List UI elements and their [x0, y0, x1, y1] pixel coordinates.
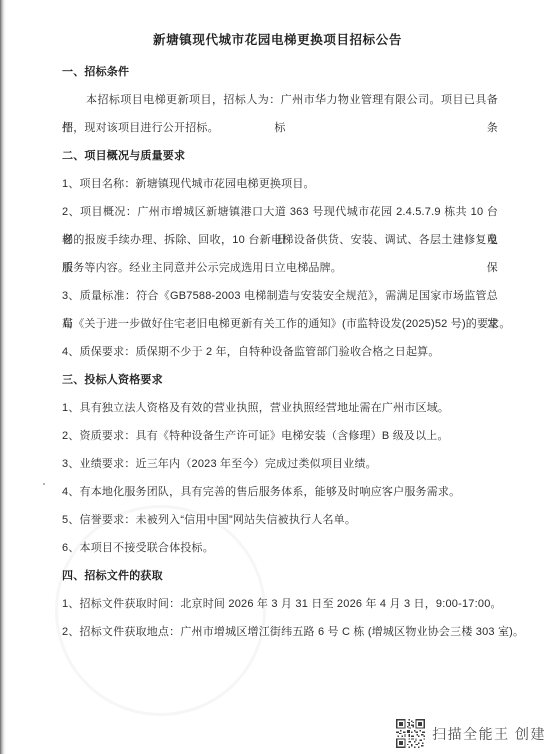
text-line: 本招标项目电梯更新项目，招标人为：广州市华力物业管理有限公司。项目已具备招标条: [62, 86, 498, 114]
text-line: 2、资质要求：具有《特种设备生产许可证》电梯安装（含修理）B 级及以上。: [62, 422, 498, 450]
scan-left-edge-shadow: [0, 0, 6, 754]
section-heading: 三、投标人资格要求: [62, 366, 498, 394]
text-line: 1、具有独立法人资格及有效的营业执照，营业执照经营地址需在广州市区域。: [62, 394, 498, 422]
text-line: 4、有本地化服务团队，具有完善的售后服务体系，能够及时响应客户服务需求。: [62, 478, 498, 506]
text-line: 1、项目名称：新塘镇现代城市花园电梯更换项目。: [62, 170, 498, 198]
qr-code-icon: [396, 719, 425, 748]
text-line: 布《关于进一步做好住宅老旧电梯更新有关工作的通知》(市监特设发(2025)52 …: [62, 310, 498, 338]
scanned-document-page: 新塘镇现代城市花园电梯更换项目招标公告 一、招标条件本招标项目电梯更新项目，招标…: [0, 0, 555, 754]
title-area: 新塘镇现代城市花园电梯更换项目招标公告: [0, 0, 555, 58]
watermark-label: 扫描全能王 创建: [432, 724, 546, 744]
text-line: 2、项目概况：广州市增城区新塘镇港口大道 363 号现代城市花园 2.4.5.7…: [62, 198, 498, 226]
page-title: 新塘镇现代城市花园电梯更换项目招标公告: [0, 31, 555, 49]
text-line: 4、质保要求：质保期不少于 2 年，自特种设备监管部门验收合格之日起算。: [62, 338, 498, 366]
text-line: 3、质量标准：符合《GB7588-2003 电梯制造与安装安全规范》，需满足国家…: [62, 282, 498, 310]
text-line: 3、业绩要求：近三年内（2023 年至今）完成过类似项目业绩。: [62, 450, 498, 478]
section-heading: 二、项目概况与质量要求: [62, 142, 498, 170]
section-heading: 一、招标条件: [62, 58, 498, 86]
watermark: 扫描全能王 创建: [396, 719, 546, 748]
scan-artifact-speck: [43, 483, 45, 485]
text-line: 梯的报废手续办理、拆除、回收，10 台新电梯设备供货、安装、调试、各层土建修复及…: [62, 226, 498, 254]
scan-artifact-arc: [55, 505, 266, 716]
